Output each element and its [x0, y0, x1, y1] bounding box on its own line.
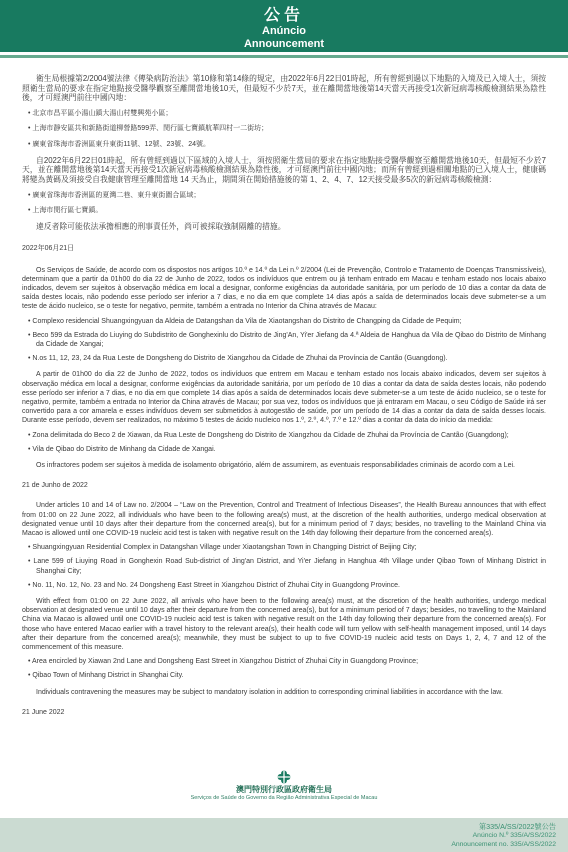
zh-closing: 違反者除可能依法承擔相應的刑事責任外，尚可被採取強制隔離的措施。 [22, 222, 546, 232]
list-item: Area encircled by Xiawan 2nd Lane and Do… [28, 657, 546, 666]
list-item: 廣東省珠海市香洲區東升東街11號、12號、23號、24號。 [28, 140, 546, 149]
org-name-zh: 澳門特別行政區政府衛生局 [0, 785, 568, 795]
list-item: Beco 599 da Estrada do Liuying do Subdis… [28, 331, 546, 349]
health-bureau-logo-icon [277, 770, 291, 784]
reference-number-en: Announcement no. 335/A/SS/2022 [0, 841, 556, 850]
document-body: 衛生局根據第2/2004號法律《傳染病防治法》第10條和第14條的規定，由202… [0, 58, 568, 716]
footer-signature: 澳門特別行政區政府衛生局 Serviços de Saúde do Govern… [0, 770, 568, 802]
list-item: Zona delimitada do Beco 2 de Xiawan, da … [28, 431, 546, 440]
en-bullet4-text: Area encircled by Xiawan 2nd Lane and Do… [32, 658, 418, 665]
header-band: 公告 Anúncio Announcement [0, 0, 568, 52]
list-item: 上海市閔行區七寶鎮。 [28, 206, 546, 215]
page-title-en: Announcement [0, 38, 568, 51]
zh-bullet4-text: 廣東省珠海市香洲區的夏灣二巷、東升東街圍合區域； [32, 192, 200, 199]
pt-paragraph-1: Os Serviços de Saúde, de acordo com os d… [22, 266, 546, 312]
pt-closing: Os infractores podem ser sujeitos à medi… [22, 461, 546, 470]
pt-bullet5-text: Vila de Qibao do Distrito de Minhang da … [32, 446, 215, 453]
zh-paragraph-2: 自2022年6月22日01時起，所有曾經到過以下區域的入境人士，須按照衛生當局的… [22, 156, 546, 185]
list-item: Vila de Qibao do Distrito de Minhang da … [28, 445, 546, 454]
en-paragraph-1: Under articles 10 and 14 of Law no. 2/20… [22, 501, 546, 538]
list-item: Complexo residencial Shuangxingyuan da A… [28, 317, 546, 326]
list-item: 廣東省珠海市香洲區的夏灣二巷、東升東街圍合區域； [28, 191, 546, 200]
pt-date: 21 de Junho de 2022 [22, 482, 546, 489]
en-bullet5-text: Qibao Town of Minhang District in Shangh… [32, 672, 183, 679]
zh-bullet3-text: 廣東省珠海市香洲區東升東街11號、12號、23號、24號。 [32, 141, 210, 148]
en-bullet3-text: No. 11, No. 12, No. 23 and No. 24 Dongsh… [32, 582, 400, 589]
en-bullet1-text: Shuangxingyuan Residential Complex in Da… [32, 544, 416, 551]
en-paragraph-2: With effect from 01:00 on 22 June 2022, … [22, 597, 546, 652]
section-english: Under articles 10 and 14 of Law no. 2/20… [22, 501, 546, 715]
pt-bullet1-text: Complexo residencial Shuangxingyuan da A… [32, 318, 461, 325]
list-item: Lane 599 of Liuying Road in Gonghexin Ro… [28, 557, 546, 575]
zh-paragraph-1: 衛生局根據第2/2004號法律《傳染病防治法》第10條和第14條的規定，由202… [22, 74, 546, 103]
page-title-zh: 公告 [0, 6, 568, 25]
reference-number-pt: Anúncio N.º 335/A/SS/2022 [0, 832, 556, 841]
en-date: 21 June 2022 [22, 709, 546, 716]
list-item: Shuangxingyuan Residential Complex in Da… [28, 543, 546, 552]
pt-bullet2-text: Beco 599 da Estrada do Liuying do Subdis… [32, 332, 546, 348]
pt-bullet3-text: N.os 11, 12, 23, 24 da Rua Leste de Dong… [32, 355, 447, 362]
zh-bullet5-text: 上海市閔行區七寶鎮。 [32, 207, 102, 214]
zh-date: 2022年06月21日 [22, 244, 546, 254]
pt-paragraph-2: A partir de 01h00 do dia 22 de Junho de … [22, 370, 546, 425]
section-portuguese: Os Serviços de Saúde, de acordo com os d… [22, 266, 546, 490]
announcement-page: 公告 Anúncio Announcement 衛生局根據第2/2004號法律《… [0, 0, 568, 852]
footer-reference-band: 第335/A/SS/2022號公告 Anúncio N.º 335/A/SS/2… [0, 818, 568, 852]
list-item: N.os 11, 12, 23, 24 da Rua Leste de Dong… [28, 354, 546, 363]
zh-bullet1-text: 北京市昌平區小湯山鎮大湯山村雙興苑小區； [32, 110, 172, 117]
org-name-pt: Serviços de Saúde do Governo da Região A… [0, 795, 568, 802]
list-item: 上海市靜安區共和新路街道柳營路599弄、閔行區七寶鎮航華四村一二街坊； [28, 124, 546, 133]
page-title-pt: Anúncio [0, 25, 568, 38]
zh-bullet2-text: 上海市靜安區共和新路街道柳營路599弄、閔行區七寶鎮航華四村一二街坊； [32, 125, 268, 132]
pt-bullet4-text: Zona delimitada do Beco 2 de Xiawan, da … [32, 432, 508, 439]
list-item: 北京市昌平區小湯山鎮大湯山村雙興苑小區； [28, 109, 546, 118]
list-item: No. 11, No. 12, No. 23 and No. 24 Dongsh… [28, 581, 546, 590]
en-bullet2-text: Lane 599 of Liuying Road in Gonghexin Ro… [33, 558, 546, 574]
en-closing: Individuals contravening the measures ma… [22, 688, 546, 697]
reference-number-zh: 第335/A/SS/2022號公告 [0, 823, 556, 832]
list-item: Qibao Town of Minhang District in Shangh… [28, 671, 546, 680]
section-chinese: 衛生局根據第2/2004號法律《傳染病防治法》第10條和第14條的規定，由202… [22, 74, 546, 254]
